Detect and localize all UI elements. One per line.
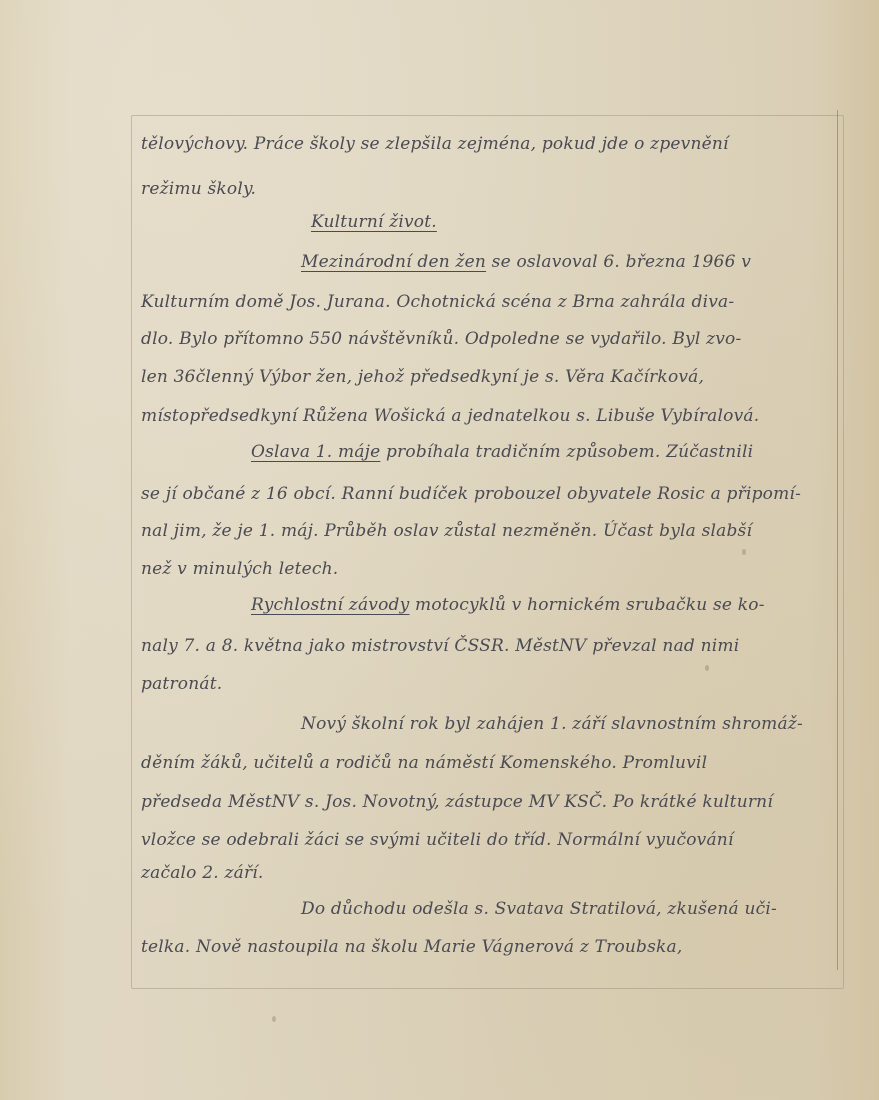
paper-speck	[272, 1016, 276, 1022]
text-line: místopředsedkyní Růžena Wošická a jednat…	[141, 404, 831, 428]
text-line: telka. Nově nastoupila na školu Marie Vá…	[141, 935, 831, 959]
page-ruled-frame	[131, 115, 844, 989]
text-line: dlo. Bylo přítomno 550 návštěvníků. Odpo…	[141, 327, 831, 351]
text-line: naly 7. a 8. května jako mistrovství ČSS…	[141, 634, 831, 658]
text-line: režimu školy.	[141, 177, 831, 201]
heading-kulturni-zivot: Kulturní život.	[311, 212, 437, 232]
text-span: probíhala tradičním způsobem. Zúčastnili	[380, 442, 753, 462]
text-span: se oslavoval 6. března 1966 v	[486, 252, 751, 272]
text-line: Do důchodu odešla s. Svatava Stratilová,…	[141, 897, 879, 921]
text-line: Oslava 1. máje probíhala tradičním způso…	[141, 440, 879, 464]
text-line: Rychlostní závody motocyklů v hornickém …	[141, 593, 879, 617]
text-line: vložce se odebrali žáci se svými učiteli…	[141, 828, 831, 852]
text-line: tělovýchovy. Práce školy se zlepšila zej…	[141, 132, 831, 156]
text-line: Mezinárodní den žen se oslavoval 6. břez…	[141, 250, 879, 274]
text-line: Kulturním domě Jos. Jurana. Ochotnická s…	[141, 290, 831, 314]
paper-speck	[705, 665, 709, 671]
text-line: patronát.	[141, 672, 831, 696]
text-line: začalo 2. září.	[141, 861, 831, 885]
text-line: len 36členný Výbor žen, jehož předsedkyn…	[141, 365, 831, 389]
text-span: motocyklů v hornickém srubačku se ko-	[409, 595, 764, 615]
text-line: nal jim, že je 1. máj. Průběh oslav zůst…	[141, 519, 831, 543]
underlined-lead: Oslava 1. máje	[251, 442, 380, 462]
underlined-lead: Mezinárodní den žen	[301, 252, 486, 272]
paper-speck	[742, 549, 746, 555]
underlined-lead: Rychlostní závody	[251, 595, 409, 615]
section-heading: Kulturní život.	[141, 210, 879, 234]
text-line: než v minulých letech.	[141, 557, 831, 581]
text-line: Nový školní rok byl zahájen 1. září slav…	[141, 712, 879, 736]
text-line: se jí občané z 16 obcí. Ranní budíček pr…	[141, 482, 831, 506]
text-line: předseda MěstNV s. Jos. Novotný, zástupc…	[141, 790, 831, 814]
right-margin-line	[837, 110, 838, 970]
text-line: děním žáků, učitelů a rodičů na náměstí …	[141, 751, 831, 775]
